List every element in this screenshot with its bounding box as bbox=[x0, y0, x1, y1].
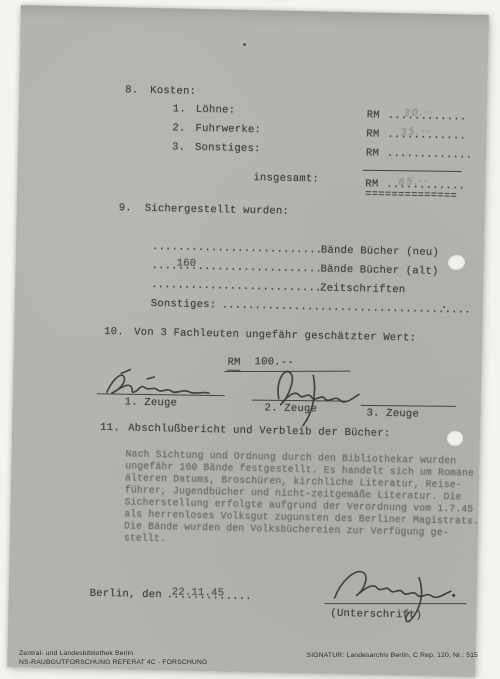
secured-row-label: Zeitschriften bbox=[320, 283, 405, 296]
cost-row-label: Sonstiges: bbox=[195, 143, 261, 155]
witness-1-signature bbox=[99, 365, 235, 400]
cost-row-num: 2. bbox=[172, 123, 185, 134]
witness-3-label: 3. Zeuge bbox=[366, 408, 419, 420]
cost-row-currency: RM bbox=[367, 110, 380, 121]
cost-row-handwritten-value: 30,-- bbox=[404, 107, 435, 119]
witness-2-signature bbox=[250, 362, 366, 428]
section10-title: Von 3 Fachleuten ungefähr geschätzter We… bbox=[134, 328, 416, 345]
archive-department: NS-RAUBGUTFORSCHUNG REFERAT 4C - FORSCHU… bbox=[19, 659, 207, 668]
witness-1-label: 1. Zeuge bbox=[125, 397, 178, 409]
total-divider-line bbox=[363, 170, 462, 172]
total-handwritten-value: 65,-- bbox=[398, 176, 429, 188]
section10-number: 10. bbox=[104, 327, 124, 338]
total-double-rule: ============== bbox=[365, 189, 457, 202]
archive-footer-right: SIGNATUR: Landesarchiv Berlin, C Rep. 12… bbox=[307, 652, 478, 661]
section9-title: Sichergestellt wurden: bbox=[145, 204, 289, 218]
cost-row-dots: ............. bbox=[387, 149, 472, 162]
paper-speck bbox=[443, 306, 445, 308]
signature-caption: (Unterschrift) bbox=[330, 609, 422, 622]
section11-number: 11. bbox=[100, 423, 120, 434]
section8-number: 8. bbox=[125, 85, 138, 96]
cost-row-currency: RM bbox=[366, 129, 379, 140]
scanned-document-page: 8. Kosten: 1. Löhne: RM ............ 30,… bbox=[7, 5, 489, 677]
cost-row-num: 1. bbox=[173, 104, 186, 115]
report-line: stellt. bbox=[124, 532, 166, 544]
sonstiges-label: Sonstiges: bbox=[151, 299, 217, 311]
place-date-prefix: Berlin, den bbox=[90, 589, 162, 602]
cost-row-label: Fuhrwerke: bbox=[195, 124, 261, 136]
section8-title: Kosten: bbox=[150, 86, 196, 98]
cost-row-handwritten-value: 35,-- bbox=[400, 126, 431, 138]
secured-row-dots: .......................... bbox=[152, 242, 323, 257]
secured-row-typed-value: 160 bbox=[176, 258, 196, 269]
cost-row-num: 3. bbox=[172, 142, 185, 153]
archive-institution: Zentral- und Landesbibliothek Berlin bbox=[19, 650, 207, 659]
secured-row-dots: .......................... bbox=[151, 280, 322, 295]
paper-speck bbox=[243, 43, 246, 46]
section9-number: 9. bbox=[119, 203, 132, 214]
date-typed-value: 22.11.45 bbox=[172, 587, 225, 599]
total-label: insgesamt: bbox=[253, 173, 319, 185]
main-signature-line bbox=[325, 603, 467, 604]
cost-row-currency: RM bbox=[366, 148, 379, 159]
archive-footer-left: Zentral- und Landesbibliothek Berlin NS-… bbox=[19, 650, 207, 667]
sonstiges-dots: ...................................... bbox=[222, 300, 471, 316]
secured-row-label: Bände Bücher (alt) bbox=[320, 265, 438, 278]
cost-row-label: Löhne: bbox=[196, 105, 236, 117]
secured-row-label: Bände Bücher (neu) bbox=[321, 246, 439, 259]
